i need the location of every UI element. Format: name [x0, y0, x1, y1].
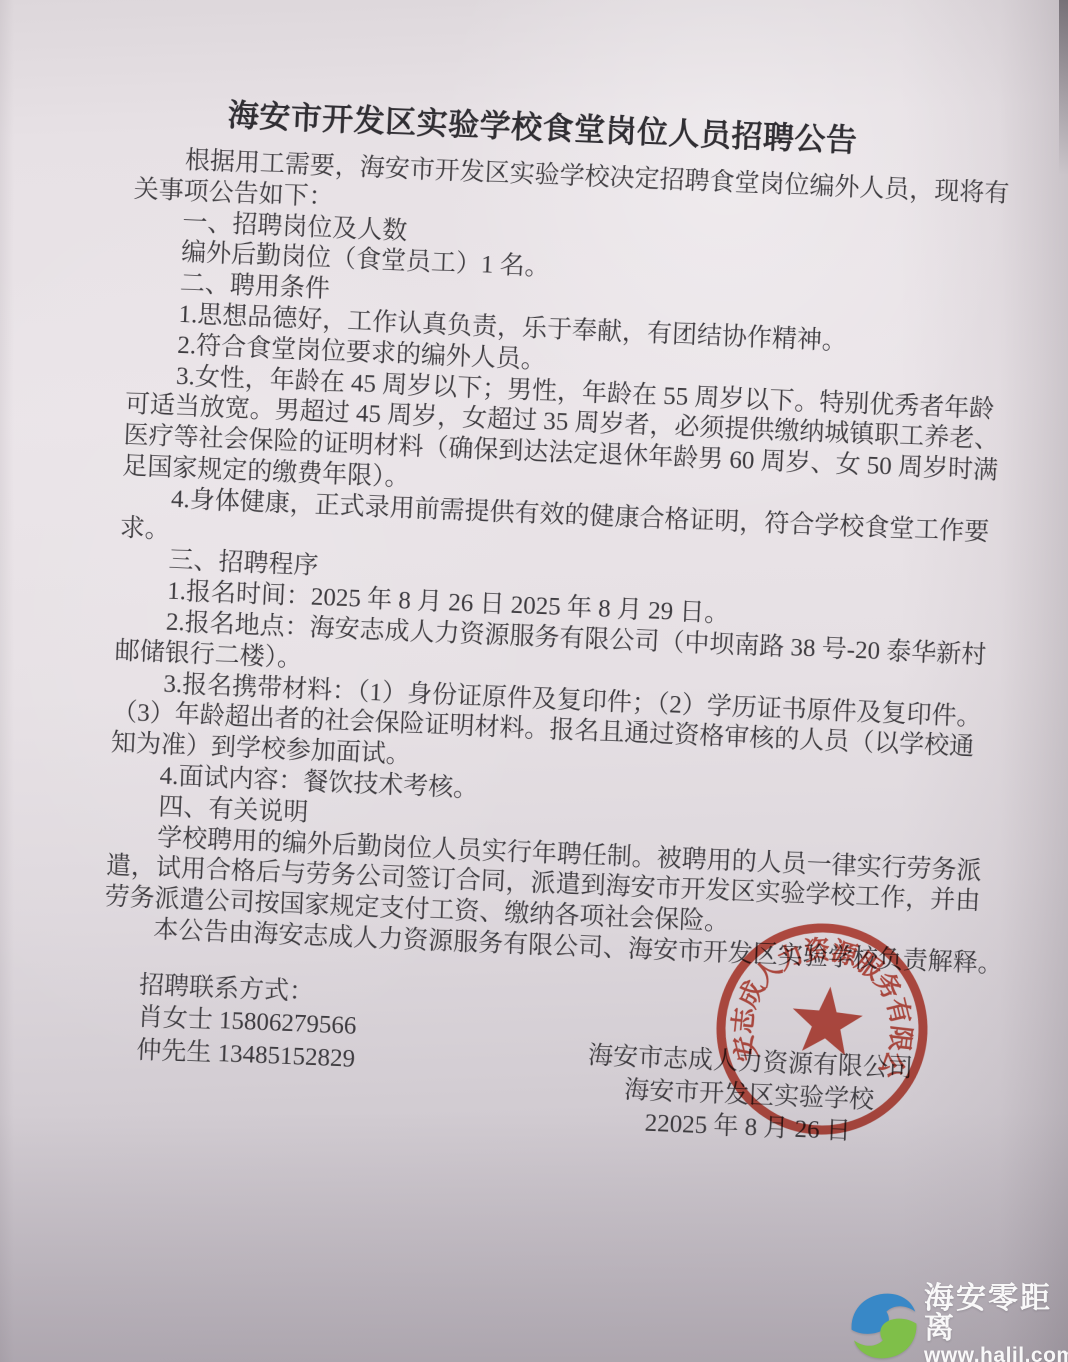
site-watermark: 海安零距离 www.haljl.com	[848, 1284, 1068, 1362]
site-watermark-text: 海安零距离 www.haljl.com	[924, 1284, 1068, 1362]
paper-edge-shadow	[1059, 0, 1068, 175]
site-name: 海安零距离	[924, 1284, 1068, 1344]
doc-body: 根据用工需要，海安市开发区实验学校决定招聘食堂岗位编外人员，现将有关事项公告如下…	[103, 144, 947, 977]
seal-star-icon	[788, 983, 865, 1057]
site-logo-icon	[848, 1290, 920, 1362]
company-seal-stamp: 海安志成人力资源服务有限公司	[701, 908, 943, 1150]
site-url: www.haljl.com	[924, 1344, 1068, 1362]
document-photo: 海安市开发区实验学校食堂岗位人员招聘公告 根据用工需要，海安市开发区实验学校决定…	[0, 0, 1068, 1362]
